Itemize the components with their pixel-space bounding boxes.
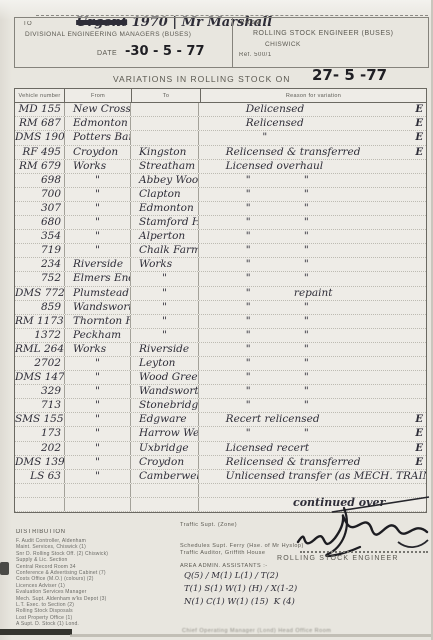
from-cell: " (64, 230, 130, 243)
reason-text: " " (219, 272, 309, 285)
table-row: MD 155 New Cross DelicensedE (15, 103, 426, 117)
to-cell (130, 131, 198, 144)
reason-cell: " " (198, 399, 426, 412)
reason-text: Recert relicensed (219, 413, 320, 426)
table-row: 680 " Stamford Hill " " (15, 216, 426, 230)
licence-flag (423, 329, 426, 342)
table-row: 700 " Clapton " " (15, 188, 426, 202)
to-cell: Croydon (130, 456, 198, 469)
vehicle-number-cell: 307 (15, 202, 64, 215)
licence-flag (423, 188, 426, 201)
table-row: LS 63 " Camberwell Unlicensed transfer (… (15, 470, 426, 484)
vehicle-number-cell: MD 155 (15, 103, 64, 116)
distribution-list: F. Audit Controller, AldenhamMaint. Serv… (16, 538, 176, 628)
header-box: TO DIVISIONAL ENGINEERING MANAGERS (BUSE… (14, 17, 429, 68)
from-cell: " (64, 357, 130, 370)
reason-cell: Unlicensed transfer (as MECH. TRAINER)NE (198, 470, 426, 483)
vehicle-number-cell: 329 (15, 385, 64, 398)
from-cell: Thornton Heath (64, 315, 130, 328)
to-cell (130, 117, 198, 130)
header-reason: Reason for variation (200, 89, 426, 102)
to-cell: Riverside (130, 343, 198, 356)
vehicle-number-cell: 1372 (15, 329, 64, 342)
reason-text: " repaint (219, 287, 332, 300)
reason-cell: Relicensed & transferredE (198, 146, 426, 159)
reason-cell: Licensed recertE (198, 442, 426, 455)
vehicle-number-cell: 859 (15, 301, 64, 314)
reason-text: " " (219, 399, 309, 412)
reason-cell: " " (198, 329, 426, 342)
to-cell: " (130, 287, 198, 300)
from-cell (64, 484, 130, 497)
table-row: RF 495 Croydon Kingston Relicensed & tra… (15, 146, 426, 160)
reason-cell: " " (198, 385, 426, 398)
reason-text: " " (219, 385, 309, 398)
vehicle-number-cell: 2702 (15, 357, 64, 370)
form-title: VARIATIONS IN ROLLING STOCK ON (113, 74, 290, 84)
table-row: 713 " Stonebridge " " (15, 399, 426, 413)
table-row: SMS 155 " Edgware Recert relicensedE (15, 413, 426, 427)
licence-flag: E (415, 427, 426, 440)
vehicle-number-cell: 354 (15, 230, 64, 243)
licence-flag (423, 216, 426, 229)
schedules-line: Schedules Supt. Ferry (Hse. of Mr Hyslop… (180, 543, 304, 549)
from-cell: " (64, 216, 130, 229)
licence-flag: E (415, 442, 426, 455)
table-row: 1372 Peckham " " " (15, 329, 426, 343)
reason-text: Relicensed & transferred (219, 456, 360, 469)
licence-flag: E (415, 103, 426, 116)
to-cell: Works (130, 258, 198, 271)
from-cell: Works (64, 160, 130, 173)
vehicle-number-cell: 698 (15, 174, 64, 187)
to-cell (130, 484, 198, 497)
licence-flag (423, 343, 426, 356)
from-cell: " (64, 442, 130, 455)
to-cell: Camberwell (130, 470, 198, 483)
auditor-line: Traffic Auditor, Griffith House (180, 550, 265, 556)
from-cell: " (64, 202, 130, 215)
vehicle-number-cell (15, 498, 64, 511)
reason-cell: " " (198, 315, 426, 328)
table-row: RM 1173 Thornton Heath " " " (15, 315, 426, 329)
date-label: DATE (97, 50, 117, 57)
vehicle-number-cell: RM 1173 (15, 315, 64, 328)
reason-text: " " (219, 258, 309, 271)
from-cell: Works (64, 343, 130, 356)
vehicle-number-cell: 719 (15, 244, 64, 257)
reason-cell: " " (198, 202, 426, 215)
from-cell: " (64, 470, 130, 483)
licence-flag: E (415, 146, 426, 159)
to-cell: " (130, 301, 198, 314)
table-row: DMS 1909 Potters Bar "E (15, 131, 426, 145)
table-header-row: Vehicle number From To Reason for variat… (15, 89, 426, 103)
from-cell: Riverside (64, 258, 130, 271)
reason-text: " " (219, 301, 309, 314)
scan-smudge (0, 562, 9, 575)
reason-text: Licensed recert (219, 442, 309, 455)
reason-cell: Recert relicensedE (198, 413, 426, 426)
from-cell: Peckham (64, 329, 130, 342)
reason-cell: Licensed overhaul (198, 160, 426, 173)
to-cell (130, 103, 198, 116)
reason-text: Delicensed (219, 103, 304, 116)
to-cell: " (130, 329, 198, 342)
handwritten-code-line: Q(5) / M(1) L(1) / T(2) (184, 570, 297, 583)
table-row: 329 " Wandsworth " " (15, 385, 426, 399)
licence-flag (423, 202, 426, 215)
from-value: ROLLING STOCK ENGINEER (BUSES) (253, 30, 394, 37)
from-cell: Plumstead (64, 287, 130, 300)
to-cell: Stamford Hill (130, 216, 198, 229)
to-cell: Edgware (130, 413, 198, 426)
reason-text: Licensed overhaul (219, 160, 323, 173)
from-cell: " (64, 427, 130, 440)
reason-text: " " (219, 174, 309, 187)
distribution-item: A Supt. D. Stock (1) Lond. (16, 621, 176, 627)
reason-cell: " " (198, 174, 426, 187)
from-cell: " (64, 188, 130, 201)
reason-cell: " " (198, 244, 426, 257)
vehicle-number-cell: RML 2646 (15, 343, 64, 356)
vehicle-number-cell: DMS 772 (15, 287, 64, 300)
to-cell: Stonebridge (130, 399, 198, 412)
date-value: -30 - 5 - 77 (125, 44, 205, 59)
from-cell: " (64, 385, 130, 398)
from-cell: " (64, 174, 130, 187)
reason-text: " " (219, 216, 309, 229)
scanned-form: Urgent 1970 | Mr Marshall TO DIVISIONAL … (0, 0, 433, 640)
vehicle-number-cell: 713 (15, 399, 64, 412)
vehicle-number-cell: 202 (15, 442, 64, 455)
from-cell: New Cross (64, 103, 130, 116)
to-cell: " (130, 315, 198, 328)
licence-flag (423, 230, 426, 243)
from-cell: " (64, 244, 130, 257)
table-row: 354 " Alperton " " (15, 230, 426, 244)
from-cell (64, 498, 130, 511)
reason-cell: " repaint (198, 287, 426, 300)
table-row: 173 " Harrow Weald " "E (15, 427, 426, 441)
signatory-title: ROLLING STOCK ENGINEER (277, 555, 399, 562)
reason-cell: Relicensed & transferredE (198, 456, 426, 469)
table-row: DMS 772 Plumstead " " repaint (15, 287, 426, 301)
vehicle-number-cell: DMS 1393 (15, 456, 64, 469)
licence-flag: E (415, 131, 426, 144)
reason-text: " " (219, 244, 309, 257)
vehicle-number-cell: DMS 1475 (15, 371, 64, 384)
signature-line (300, 551, 428, 553)
vehicle-number-cell: 752 (15, 272, 64, 285)
vehicle-number-cell: 680 (15, 216, 64, 229)
vehicle-number-cell: SMS 155 (15, 413, 64, 426)
reason-text: " " (219, 357, 309, 370)
table-row: 719 " Chalk Farm " " (15, 244, 426, 258)
vehicle-number-cell: RM 679 (15, 160, 64, 173)
to-cell: Kingston (130, 146, 198, 159)
reason-cell: " " (198, 371, 426, 384)
from-location: CHISWICK (265, 41, 301, 48)
to-cell: Chalk Farm (130, 244, 198, 257)
table-row: DMS 1393 " Croydon Relicensed & transfer… (15, 456, 426, 470)
vehicle-number-cell (15, 484, 64, 497)
reason-text: " " (219, 188, 309, 201)
reason-cell: DelicensedE (198, 103, 426, 116)
from-label: FROM (241, 20, 261, 26)
to-cell (130, 498, 198, 511)
to-cell: Abbey Wood (130, 174, 198, 187)
from-cell: Wandsworth (64, 301, 130, 314)
to-cell: Harrow Weald (130, 427, 198, 440)
licence-flag: E (415, 456, 426, 469)
distribution-block: DISTRIBUTION F. Audit Controller, Aldenh… (16, 520, 176, 628)
reason-text: " " (219, 427, 309, 440)
from-cell: Potters Bar (64, 131, 130, 144)
vehicle-number-cell: RF 495 (15, 146, 64, 159)
from-cell: Edmonton (64, 117, 130, 130)
licence-flag: E (415, 413, 426, 426)
licence-flag (423, 371, 426, 384)
reason-cell: " " (198, 216, 426, 229)
reason-text: " " (219, 230, 309, 243)
reason-cell: " " (198, 301, 426, 314)
scan-dark-band (0, 629, 72, 635)
to-cell: Edmonton (130, 202, 198, 215)
to-cell: Streatham (130, 160, 198, 173)
handwritten-code-line: T(1) S(1) W(1) (H) / X(1-2) (184, 583, 297, 596)
to-cell: Uxbridge (130, 442, 198, 455)
licence-flag (423, 385, 426, 398)
reason-text: " " (219, 329, 309, 342)
from-cell: " (64, 413, 130, 426)
table-row: 698 " Abbey Wood " " (15, 174, 426, 188)
to-cell: Wandsworth (130, 385, 198, 398)
form-title-date: 27- 5 -77 (312, 66, 387, 84)
handwritten-code-line: N(1) C(1) W(1) (15) K (4) (184, 596, 297, 609)
vehicle-number-cell: 234 (15, 258, 64, 271)
table-row: RM 687 Edmonton RelicensedE (15, 117, 426, 131)
vehicle-number-cell: 700 (15, 188, 64, 201)
header-from-cell: FROM ROLLING STOCK ENGINEER (BUSES) CHIS… (233, 18, 428, 67)
header-to-cell: TO DIVISIONAL ENGINEERING MANAGERS (BUSE… (15, 18, 233, 67)
from-cell: Croydon (64, 146, 130, 159)
vehicle-number-cell: LS 63 (15, 470, 64, 483)
reason-text: " (219, 131, 267, 144)
area-admin-heading: AREA ADMIN. ASSISTANTS :- (180, 563, 268, 569)
to-cell: Alperton (130, 230, 198, 243)
licence-flag (423, 160, 426, 173)
table-row: 2702 " Leyton " " (15, 357, 426, 371)
reason-text: " " (219, 343, 309, 356)
to-label: TO (23, 21, 32, 27)
reason-cell: " " (198, 343, 426, 356)
vehicle-number-cell: DMS 1909 (15, 131, 64, 144)
handwritten-codes: Q(5) / M(1) L(1) / T(2)T(1) S(1) W(1) (H… (184, 570, 297, 609)
from-ref: Ref. 500/1 (239, 52, 272, 58)
header-from: From (64, 89, 131, 102)
table-row: 307 " Edmonton " " (15, 202, 426, 216)
vehicle-number-cell: RM 687 (15, 117, 64, 130)
reason-cell: "E (198, 131, 426, 144)
reason-cell: " "E (198, 427, 426, 440)
reason-text: Relicensed (219, 117, 304, 130)
reason-cell: " " (198, 188, 426, 201)
table-body: MD 155 New Cross DelicensedE RM 687 Edmo… (15, 103, 426, 512)
header-vehicle-number: Vehicle number (15, 89, 64, 102)
traffic-supt-line: Traffic Supt. (Zone) (180, 522, 237, 528)
to-value: DIVISIONAL ENGINEERING MANAGERS (BUSES) (25, 31, 191, 38)
from-cell: " (64, 371, 130, 384)
reason-text: " " (219, 315, 309, 328)
reason-text: " " (219, 202, 309, 215)
table-row: 234 Riverside Works " " (15, 258, 426, 272)
licence-flag (423, 399, 426, 412)
from-cell: Elmers End (64, 272, 130, 285)
reason-text: " " (219, 371, 309, 384)
licence-flag (423, 258, 426, 271)
table-row: 202 " Uxbridge Licensed recertE (15, 442, 426, 456)
licence-flag (423, 287, 426, 300)
reason-text: Unlicensed transfer (as MECH. TRAINER) (219, 470, 426, 483)
reason-cell: " " (198, 357, 426, 370)
reason-cell: " " (198, 258, 426, 271)
to-cell: Leyton (130, 357, 198, 370)
table-row: DMS 1475 " Wood Green " " (15, 371, 426, 385)
licence-flag (423, 272, 426, 285)
distribution-title: DISTRIBUTION (16, 529, 66, 535)
licence-flag (423, 315, 426, 328)
table-row: 859 Wandsworth " " " (15, 301, 426, 315)
vehicle-number-cell: 173 (15, 427, 64, 440)
licence-flag (423, 357, 426, 370)
licence-flag: E (415, 117, 426, 130)
table-row: RML 2646 Works Riverside " " (15, 343, 426, 357)
to-cell: Clapton (130, 188, 198, 201)
licence-flag (423, 244, 426, 257)
to-cell: " (130, 272, 198, 285)
licence-flag (423, 174, 426, 187)
reason-text: Relicensed & transferred (219, 146, 360, 159)
header-to: To (131, 89, 200, 102)
scan-bottom-shadow (70, 634, 433, 637)
table-row: RM 679 Works Streatham Licensed overhaul (15, 160, 426, 174)
from-cell: " (64, 456, 130, 469)
top-divider-line (36, 15, 428, 16)
from-cell: " (64, 399, 130, 412)
reason-cell: " " (198, 230, 426, 243)
table-row: 752 Elmers End " " " (15, 272, 426, 286)
licence-flag (423, 301, 426, 314)
reason-cell: " " (198, 272, 426, 285)
to-cell: Wood Green (130, 371, 198, 384)
rolling-stock-table: Vehicle number From To Reason for variat… (14, 88, 427, 513)
reason-cell: RelicensedE (198, 117, 426, 130)
